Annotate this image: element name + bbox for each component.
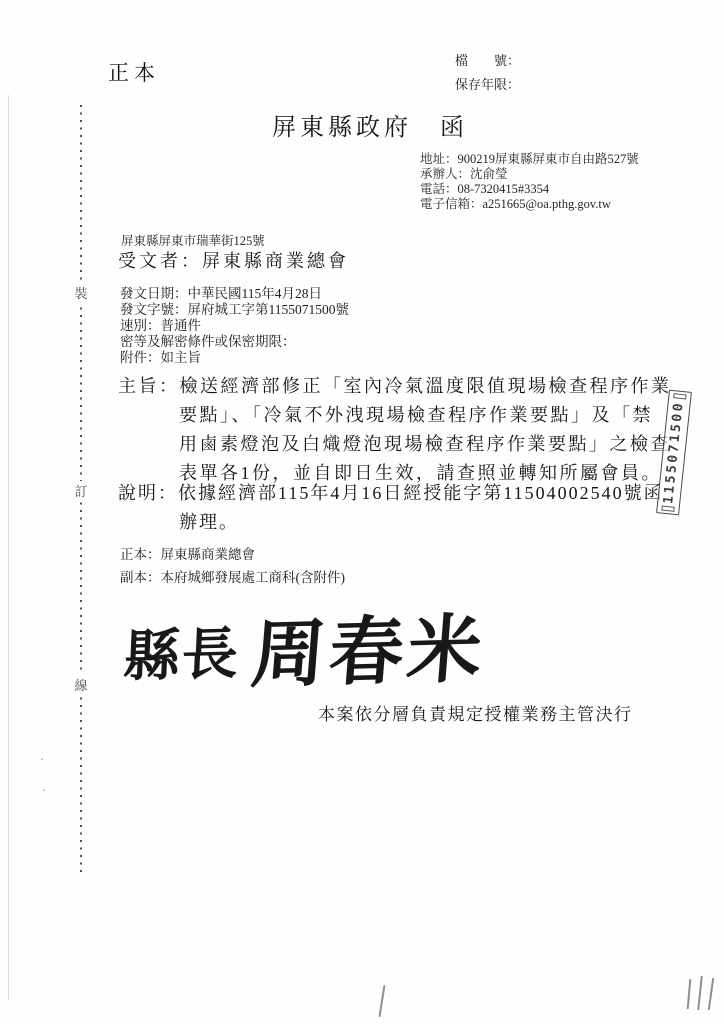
subject-line: 要點」、「冷氣不外洩現場檢查程序作業要點」及「禁 [179,401,678,430]
document-meta-block: 發文日期：中華民國115年4月28日 發文字號：屏府城工字第1155071500… [120,286,349,366]
subject-block: 主旨：檢送經濟部修正「室內冷氣溫度限值現場檢查程序作業 要點」、「冷氣不外洩現場… [118,372,678,488]
scan-speck [41,758,43,760]
subject-line: 主旨：檢送經濟部修正「室內冷氣溫度限值現場檢查程序作業 [118,372,678,401]
authorization-note: 本案依分層負責規定授權業務主管決行 [318,700,633,725]
issue-date: 發文日期：中華民國115年4月28日 [120,286,349,302]
scan-speck [43,789,45,791]
scan-pen-stroke [379,985,385,1017]
explanation-line: 說明：依據經濟部115年4月16日經授能字第11504002540號函 [118,479,678,508]
scan-pen-stroke [697,976,702,1010]
sender-contact-person: 承辦人：沈俞瑩 [420,167,639,182]
explanation-block: 說明：依據經濟部115年4月16日經授能字第11504002540號函 辦理。 [118,479,678,536]
priority: 速別：普通件 [120,318,349,334]
sender-email: 電子信箱：a251665@oa.pthg.gov.tw [420,197,639,212]
copies-block: 正本：屏東縣商業總會 副本：本府城鄉發展處工商科(含附件) [120,544,345,589]
original-copy-recipient: 正本：屏東縣商業總會 [120,544,345,567]
issue-number: 發文字號：屏府城工字第1155071500號 [120,302,349,318]
sender-phone: 電話：08-7320415#3354 [420,182,639,197]
retention-period-label: 保存年限： [455,73,520,97]
document-title: 屏東縣政府 函 [0,107,724,142]
binding-label-zhuang: 裝 [69,283,93,302]
subject-line: 用鹵素燈泡及白熾燈泡現場檢查程序作業要點」之檢查 [179,430,678,459]
copy-type-label: 正本 [108,57,160,87]
scanned-official-letter: 裝 訂 線 正本 檔 號： 保存年限： 屏東縣政府 函 地址：900219屏東縣… [0,0,724,1024]
signature-title: 縣長 [122,610,241,693]
explanation-line: 辦理。 [179,508,678,537]
sender-contact-block: 地址：900219屏東縣屏東市自由路527號 承辦人：沈俞瑩 電話：08-732… [420,152,639,212]
cc-copy-recipient: 副本：本府城鄉發展處工商科(含附件) [120,567,345,590]
recipient-line: 受文者：屏東縣商業總會 [118,247,349,273]
stamp-endcap [661,505,674,512]
security-classification: 密等及解密條件或保密期限： [120,334,349,350]
binding-label-xian: 線 [69,675,93,694]
scan-pen-stroke [687,979,691,1009]
stamp-endcap [673,393,686,400]
attachment-note: 附件：如主旨 [120,350,349,366]
sender-address: 地址：900219屏東縣屏東市自由路527號 [420,152,639,167]
file-number-label: 檔 號： [455,49,520,73]
signature-name: 周春米 [248,590,490,702]
scan-pen-stroke [708,978,714,1010]
signature-block: 縣長 周春米 [123,590,488,705]
scan-edge-line [8,95,9,1000]
file-number-block: 檔 號： 保存年限： [455,49,520,97]
binding-label-ding: 訂 [69,481,93,500]
